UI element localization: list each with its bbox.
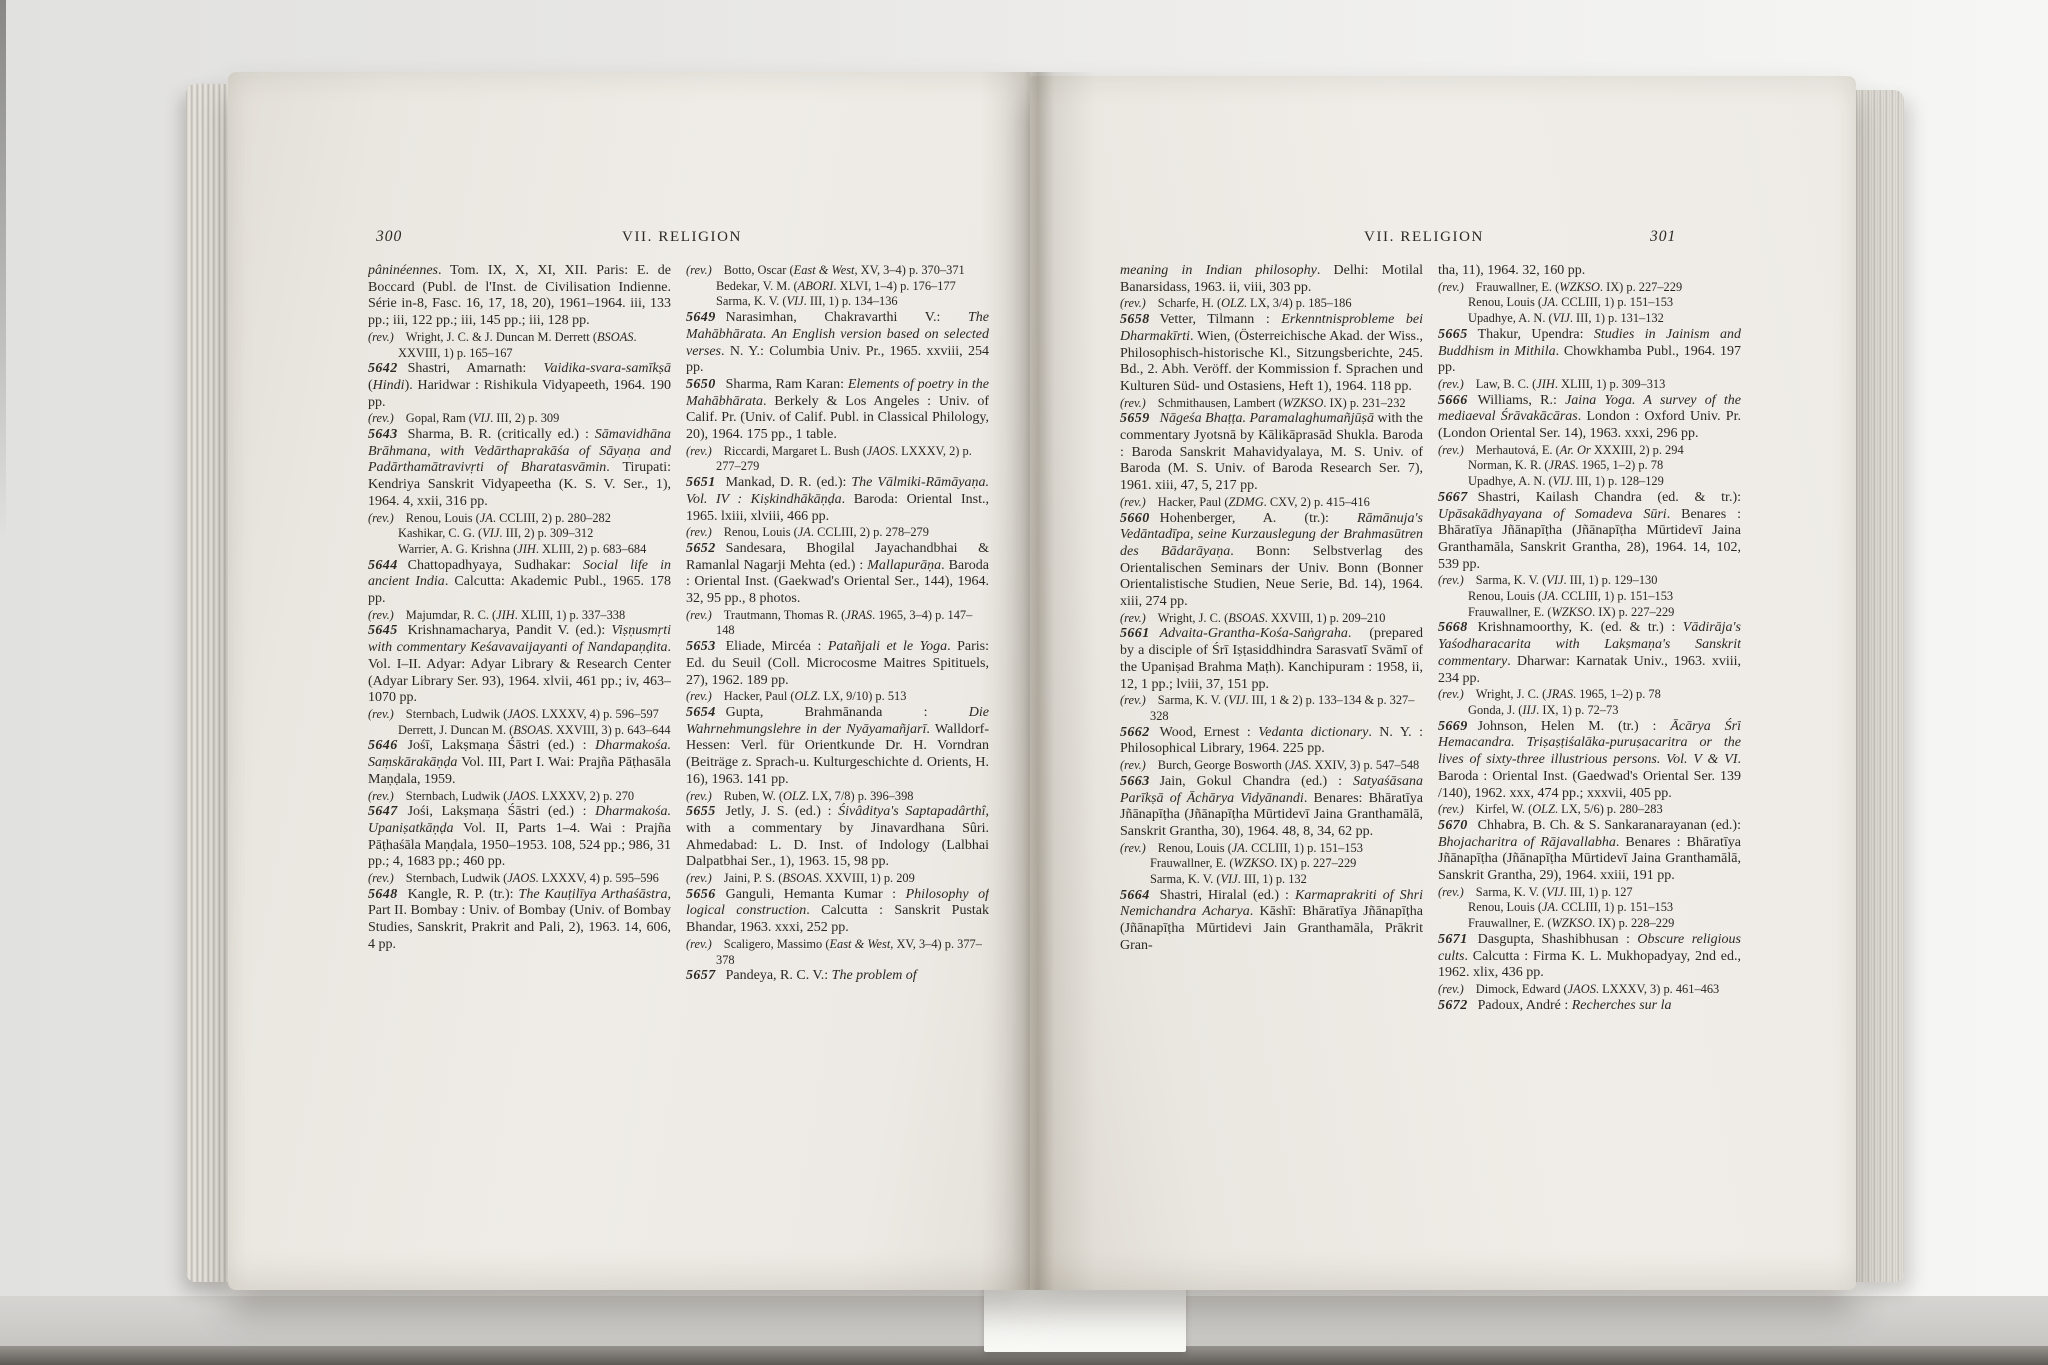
bib-entry-5665: 5665Thakur, Upendra: Studies in Jainism … (1438, 327, 1741, 377)
body-text: Wright, J. C. ( (1158, 611, 1228, 625)
review-line: (rev.)Sternbach, Ludwik (JAOS. LXXXV, 2)… (368, 789, 671, 805)
bib-entry-5656: 5656Ganguli, Hemanta Kumar : Philosophy … (686, 887, 989, 937)
body-text: . III, 1) p. 132 (1238, 872, 1307, 886)
body-text: Derrett, J. Duncan M. ( (398, 723, 513, 737)
title-italic-text: Ar. Or (1560, 443, 1591, 457)
body-text: Renou, Louis ( (406, 511, 480, 525)
body-text: Burch, George Bosworth ( (1158, 758, 1289, 772)
review-line: (rev.)Sarma, K. V. (VIJ. III, 1) p. 127 (1438, 885, 1741, 901)
review-line: Derrett, J. Duncan M. (BSOAS. XXVIII, 3)… (368, 723, 671, 739)
title-italic-text: Nāgeśa Bhaṭṭa. Paramalaghumañjūṣā (1160, 411, 1374, 426)
body-text: Wright, J. C. ( (1476, 687, 1546, 701)
title-italic-text: meaning in Indian philosophy (1120, 263, 1317, 278)
title-italic-text: WZKSO (1283, 396, 1324, 410)
body-text: . LXXXV, 4) p. 596–597 (536, 707, 659, 721)
entry-number: 5644 (368, 558, 398, 573)
review-line: Norman, K. R. (JRAS. 1965, 1–2) p. 78 (1438, 458, 1741, 474)
body-text: . CCLIII, 1) p. 151–153 (1245, 841, 1363, 855)
body-text: Wood, Ernest : (1160, 725, 1259, 740)
bib-entry-5664: 5664Shastri, Hiralal (ed.) : Karmaprakri… (1120, 888, 1423, 955)
body-text: ). Haridwar : Rishikula Vidyapeeth, 1964… (368, 378, 671, 410)
review-line: (rev.)Jaini, P. S. (BSOAS. XXVIII, 1) p.… (686, 871, 989, 887)
review-line: (rev.)Merhautová, E. (Ar. Or XXXIII, 2) … (1438, 443, 1741, 459)
page-stack-right (1854, 90, 1904, 1282)
right-page-column-1: meaning in Indian philosophy. Delhi: Mot… (1120, 263, 1423, 1179)
review-label: (rev.) (686, 871, 712, 885)
body-text: . XXVIII, 1) p. 209 (819, 871, 915, 885)
review-label: (rev.) (1120, 758, 1146, 772)
entry-number: 5653 (686, 639, 716, 654)
body-text: . XLIII, 1) p. 337–338 (515, 608, 625, 622)
bib-entry-5648: 5648Kangle, R. P. (tr.): The Kauṭilīya A… (368, 887, 671, 954)
entry-number: 5650 (686, 377, 716, 392)
title-italic-text: Advaita-Grantha-Kośa-Saṅgraha (1160, 626, 1348, 641)
body-text: Jośī, Lakṣmaṇa Śāstri (ed.) : (408, 738, 596, 753)
review-label: (rev.) (1438, 802, 1464, 816)
entry-number: 5642 (368, 361, 398, 376)
bib-entry-5661: 5661Advaita-Grantha-Kośa-Saṅgraha. (prep… (1120, 626, 1423, 693)
review-line: Bedekar, V. M. (ABORI. XLVI, 1–4) p. 176… (686, 279, 989, 295)
entry-number: 5646 (368, 738, 398, 753)
body-text: Dasgupta, Shashibhusan : (1478, 932, 1638, 947)
review-line: Sarma, K. V. (VIJ. III, 1) p. 132 (1120, 872, 1423, 888)
body-text: . CCLIII, 1) p. 151–153 (1555, 589, 1673, 603)
bib-entry-5668: 5668Krishnamoorthy, K. (ed. & tr.) : Vād… (1438, 620, 1741, 687)
review-line: Upadhye, A. N. (VIJ. III, 1) p. 131–132 (1438, 311, 1741, 327)
body-text: . N. Y.: Columbia Univ. Pr., 1965. xxvii… (686, 344, 989, 376)
title-italic-text: JAOS (507, 871, 535, 885)
entry-number: 5656 (686, 887, 716, 902)
body-text: Frauwallner, E. ( (1468, 916, 1551, 930)
entry-number: 5652 (686, 541, 716, 556)
review-line: (rev.)Riccardi, Margaret L. Bush (JAOS. … (686, 444, 989, 475)
review-label: (rev.) (368, 871, 394, 885)
entry-number: 5657 (686, 968, 716, 983)
body-text: . III, 1) p. 131–132 (1570, 311, 1664, 325)
bib-entry-5643: 5643Sharma, B. R. (critically ed.) : Sām… (368, 427, 671, 511)
entry-number: 5669 (1438, 719, 1468, 734)
body-text: Riccardi, Margaret L. Bush ( (724, 444, 867, 458)
review-line: (rev.)Trautmann, Thomas R. (JRAS. 1965, … (686, 608, 989, 639)
entry-number: 5671 (1438, 932, 1468, 947)
title-italic-text: JA (798, 525, 811, 539)
body-text: Shastri, Kailash Chandra (ed. & tr.): (1478, 490, 1741, 505)
bib-entry-5663: 5663Jain, Gokul Chandra (ed.) : Satyaśās… (1120, 774, 1423, 841)
entry-number: 5643 (368, 427, 398, 442)
title-italic-text: JIH (517, 542, 536, 556)
body-text: Renou, Louis ( (724, 525, 798, 539)
body-text: Jośi, Lakṣmaṇa Śāstri (ed.) : (408, 804, 596, 819)
title-italic-text: Upāsakādhyayana of Somadeva Sūri (1438, 507, 1667, 522)
body-text: . XLIII, 2) p. 683–684 (536, 542, 646, 556)
body-text: Majumdar, R. C. ( (406, 608, 496, 622)
body-text: Sarma, K. V. ( (1476, 573, 1546, 587)
body-text: Kirfel, W. ( (1476, 802, 1532, 816)
bib-entry-5671: 5671Dasgupta, Shashibhusan : Obscure rel… (1438, 932, 1741, 982)
bib-entry-5669: 5669Johnson, Helen M. (tr.) : Ācārya Śrī… (1438, 719, 1741, 803)
bib-entry-5666: 5666Williams, R.: Jaina Yoga. A survey o… (1438, 393, 1741, 443)
body-text: . IX) p. 231–232 (1323, 396, 1405, 410)
running-head-left: VII. RELIGION (622, 229, 742, 246)
title-italic-text: East & West (794, 263, 855, 277)
title-italic-text: JRAS (1549, 458, 1576, 472)
title-italic-text: The problem of (832, 968, 917, 983)
body-text: Norman, K. R. ( (1468, 458, 1549, 472)
body-text: . CCLIII, 2) p. 278–279 (811, 525, 929, 539)
body-text: Upadhye, A. N. ( (1468, 474, 1553, 488)
bib-entry-5646: 5646Jośī, Lakṣmaṇa Śāstri (ed.) : Dharma… (368, 738, 671, 788)
title-italic-text: VIJ (1546, 573, 1563, 587)
review-label: (rev.) (1120, 296, 1146, 310)
bib-entry-5655: 5655Jetly, J. S. (ed.) : Śivâditya's Sap… (686, 804, 989, 871)
title-italic-text: WZKSO (1551, 605, 1592, 619)
title-italic-text: ABORI (798, 279, 834, 293)
title-italic-text: JA (480, 511, 493, 525)
review-line: (rev.)Gopal, Ram (VIJ. III, 2) p. 309 (368, 411, 671, 427)
bib-entry-5651: 5651Mankad, D. R. (ed.): The Vālmiki-Rām… (686, 475, 989, 525)
body-text: Renou, Louis ( (1468, 900, 1542, 914)
review-line: (rev.)Wright, J. C. & J. Duncan M. Derre… (368, 330, 671, 361)
page-stack-left (186, 84, 232, 1282)
review-line: (rev.)Renou, Louis (JA. CCLIII, 2) p. 27… (686, 525, 989, 541)
entry-number: 5662 (1120, 725, 1150, 740)
title-italic-text: JA (1232, 841, 1245, 855)
body-text: Krishnamacharya, Pandit V. (ed.): (408, 623, 612, 638)
body-text: Krishnamoorthy, K. (ed. & tr.) : (1478, 620, 1683, 635)
left-page-column-2: (rev.)Botto, Oscar (East & West, XV, 3–4… (686, 263, 989, 1179)
title-italic-text: JA (1542, 589, 1555, 603)
review-label: (rev.) (686, 937, 712, 951)
continued-text: meaning in Indian philosophy. Delhi: Mot… (1120, 263, 1423, 296)
body-text: XXXIII, 2) p. 294 (1591, 443, 1684, 457)
body-text: Law, B. C. ( (1476, 377, 1536, 391)
bib-entry-5672: 5672Padoux, André : Recherches sur la (1438, 998, 1741, 1015)
entry-number: 5670 (1438, 818, 1468, 833)
body-text: , XV, 3–4) p. 370–371 (854, 263, 964, 277)
body-text: Trautmann, Thomas R. ( (724, 608, 846, 622)
review-line: (rev.)Hacker, Paul (OLZ. LX, 9/10) p. 51… (686, 689, 989, 705)
review-label: (rev.) (686, 689, 712, 703)
review-label: (rev.) (1438, 573, 1464, 587)
title-italic-text: VIJ (1553, 474, 1570, 488)
body-text: Shastri, Hiralal (ed.) : (1160, 888, 1295, 903)
review-line: (rev.)Renou, Louis (JA. CCLIII, 2) p. 28… (368, 511, 671, 527)
title-italic-text: Recherches sur la (1572, 998, 1672, 1013)
title-italic-text: WZKSO (1233, 856, 1274, 870)
body-text: Gupta, Brahmānanda : (726, 705, 969, 720)
body-text: . 1965, 1–2) p. 78 (1573, 687, 1661, 701)
review-label: (rev.) (1438, 982, 1464, 996)
body-text: Dimock, Edward ( (1476, 982, 1568, 996)
entry-number: 5659 (1120, 411, 1150, 426)
body-text: Scaligero, Massimo ( (724, 937, 830, 951)
title-italic-text: JA (1542, 295, 1555, 309)
title-italic-text: OLZ (1532, 802, 1555, 816)
body-text: . LX, 3/4) p. 185–186 (1244, 296, 1352, 310)
title-italic-text: IIJ (1522, 703, 1536, 717)
body-text: Hacker, Paul ( (724, 689, 795, 703)
review-label: (rev.) (1438, 885, 1464, 899)
title-italic-text: Mallapurāṇa (867, 558, 941, 573)
body-text: . 1965, 1–2) p. 78 (1575, 458, 1663, 472)
title-italic-text: ZDMG (1229, 495, 1264, 509)
title-italic-text: JAOS (507, 707, 535, 721)
entry-number: 5651 (686, 475, 716, 490)
review-line: (rev.)Ruben, W. (OLZ. LX, 7/8) p. 396–39… (686, 789, 989, 805)
body-text: . III, 1) p. 134–136 (804, 294, 898, 308)
review-line: (rev.)Wright, J. C. (BSOAS. XXVIII, 1) p… (1120, 611, 1423, 627)
title-italic-text: JAS (1289, 758, 1308, 772)
title-italic-text: Vedanta dictionary (1258, 725, 1368, 740)
body-text: Ganguli, Hemanta Kumar : (726, 887, 906, 902)
body-text: . LXXXV, 3) p. 461–463 (1596, 982, 1719, 996)
entry-number: 5648 (368, 887, 398, 902)
review-line: Frauwallner, E. (WZKSO. IX) p. 227–229 (1438, 605, 1741, 621)
title-italic-text: JRAS (845, 608, 872, 622)
body-text: . IX) p. 227–229 (1592, 605, 1674, 619)
entry-number: 5665 (1438, 327, 1468, 342)
review-label: (rev.) (1120, 396, 1146, 410)
title-italic-text: VIJ (1220, 872, 1237, 886)
review-label: (rev.) (1438, 687, 1464, 701)
body-text: . XLVI, 1–4) p. 176–177 (833, 279, 955, 293)
bib-entry-5657: 5657Pandeya, R. C. V.: The problem of (686, 968, 989, 985)
body-text: . III, 1) p. 127 (1563, 885, 1632, 899)
review-label: (rev.) (368, 789, 394, 803)
body-text: . III, 2) p. 309–312 (499, 526, 593, 540)
bib-entry-5649: 5649Narasimhan, Chakravarthi V.: The Mah… (686, 310, 989, 377)
title-italic-text: BSOAS (1228, 611, 1264, 625)
body-text: . LX, 9/10) p. 513 (817, 689, 906, 703)
body-text: Chhabra, B. Ch. & S. Sankaranarayanan (e… (1478, 818, 1741, 833)
title-italic-text: Hindi (373, 378, 405, 393)
body-text: Jaini, P. S. ( (724, 871, 783, 885)
review-label: (rev.) (1120, 841, 1146, 855)
review-label: (rev.) (686, 444, 712, 458)
body-text: . XXVIII, 3) p. 643–644 (550, 723, 671, 737)
body-text: tha, 11), 1964. 32, 160 pp. (1438, 263, 1585, 278)
body-text: . III, 1) p. 129–130 (1563, 573, 1657, 587)
body-text: Narasimhan, Chakravarthi V.: (726, 310, 968, 325)
title-italic-text: JAOS (867, 444, 895, 458)
title-italic-text: OLZ (783, 789, 806, 803)
body-text: Botto, Oscar ( (724, 263, 794, 277)
entry-number: 5663 (1120, 774, 1150, 789)
review-label: (rev.) (686, 525, 712, 539)
bib-entry-5652: 5652Sandesara, Bhogilal Jayachandbhai & … (686, 541, 989, 608)
title-italic-text: Bhojacharitra of Rājavallabha (1438, 835, 1616, 850)
book-photo-scene: 300 VII. RELIGION VII. RELIGION 301 pâni… (0, 0, 2048, 1365)
body-text: . XLIII, 1) p. 309–313 (1555, 377, 1665, 391)
right-page-column-2: tha, 11), 1964. 32, 160 pp.(rev.)Frauwal… (1438, 263, 1741, 1179)
title-italic-text: VIJ (1553, 311, 1570, 325)
body-text: Scharfe, H. ( (1158, 296, 1221, 310)
body-text: Frauwallner, E. ( (1476, 280, 1559, 294)
continued-text: tha, 11), 1964. 32, 160 pp. (1438, 263, 1741, 280)
title-italic-text: pâninéennes (368, 263, 438, 278)
page-number-left: 300 (376, 228, 402, 246)
left-page-column-1: pâninéennes. Tom. IX, X, XI, XII. Paris:… (368, 263, 671, 1179)
review-line: (rev.)Hacker, Paul (ZDMG. CXV, 2) p. 415… (1120, 495, 1423, 511)
title-italic-text: JAOS (1568, 982, 1596, 996)
entry-number: 5660 (1120, 511, 1150, 526)
review-label: (rev.) (368, 330, 394, 344)
title-italic-text: OLZ (795, 689, 818, 703)
title-italic-text: JIH (1536, 377, 1555, 391)
title-italic-text: VIJ (473, 411, 490, 425)
body-text: Sarma, K. V. ( (1158, 693, 1228, 707)
review-line: (rev.)Burch, George Bosworth (JAS. XXIV,… (1120, 758, 1423, 774)
body-text: Frauwallner, E. ( (1468, 605, 1551, 619)
entry-number: 5661 (1120, 626, 1150, 641)
review-label: (rev.) (368, 411, 394, 425)
review-line: (rev.)Frauwallner, E. (WZKSO. IX) p. 227… (1438, 280, 1741, 296)
body-text: Thakur, Upendra: (1478, 327, 1594, 342)
review-label: (rev.) (1438, 443, 1464, 457)
body-text: Sarma, K. V. ( (1150, 872, 1220, 886)
entry-number: 5666 (1438, 393, 1468, 408)
body-text: . IX, 1) p. 72–73 (1536, 703, 1618, 717)
entry-number: 5645 (368, 623, 398, 638)
title-italic-text: BSOAS (513, 723, 549, 737)
review-line: (rev.)Wright, J. C. (JRAS. 1965, 1–2) p.… (1438, 687, 1741, 703)
review-line: Frauwallner, E. (WZKSO. IX) p. 227–229 (1120, 856, 1423, 872)
body-text: Sharma, B. R. (critically ed.) : (408, 427, 595, 442)
body-text: Renou, Louis ( (1468, 589, 1542, 603)
review-label: (rev.) (686, 263, 712, 277)
body-text: . III, 2) p. 309 (490, 411, 559, 425)
page-number-right: 301 (1650, 228, 1676, 246)
body-text: Sternbach, Ludwik ( (406, 707, 508, 721)
review-line: (rev.)Botto, Oscar (East & West, XV, 3–4… (686, 263, 989, 279)
title-italic-text: WZKSO (1551, 916, 1592, 930)
body-text: Sarma, K. V. ( (716, 294, 786, 308)
body-text: Warrier, A. G. Krishna ( (398, 542, 517, 556)
body-text: Renou, Louis ( (1158, 841, 1232, 855)
title-italic-text: Patañjali et le Yoga (828, 639, 947, 654)
title-italic-text: Śivâditya's Saptapadârthî (838, 804, 985, 819)
bib-entry-5667: 5667Shastri, Kailash Chandra (ed. & tr.)… (1438, 490, 1741, 574)
review-line: (rev.)Sternbach, Ludwik (JAOS. LXXXV, 4)… (368, 871, 671, 887)
body-text: . IX) p. 228–229 (1592, 916, 1674, 930)
body-text: Sternbach, Ludwik ( (406, 871, 508, 885)
review-label: (rev.) (368, 707, 394, 721)
title-italic-text: JAOS (507, 789, 535, 803)
entry-number: 5668 (1438, 620, 1468, 635)
bib-entry-5670: 5670Chhabra, B. Ch. & S. Sankaranarayana… (1438, 818, 1741, 885)
review-label: (rev.) (1120, 495, 1146, 509)
review-line: (rev.)Majumdar, R. C. (JIH. XLIII, 1) p.… (368, 608, 671, 624)
body-text: Kangle, R. P. (tr.): (408, 887, 519, 902)
bib-entry-5662: 5662Wood, Ernest : Vedanta dictionary. N… (1120, 725, 1423, 758)
review-line: Warrier, A. G. Krishna (JIH. XLIII, 2) p… (368, 542, 671, 558)
review-line: (rev.)Scharfe, H. (OLZ. LX, 3/4) p. 185–… (1120, 296, 1423, 312)
review-label: (rev.) (368, 608, 394, 622)
body-text: Ruben, W. ( (724, 789, 783, 803)
review-label: (rev.) (1120, 611, 1146, 625)
review-label: (rev.) (686, 608, 712, 622)
body-text: . IX) p. 227–229 (1274, 856, 1356, 870)
body-text: . LXXXV, 2) p. 270 (536, 789, 635, 803)
review-line: (rev.)Renou, Louis (JA. CCLIII, 1) p. 15… (1120, 841, 1423, 857)
body-text: . LXXXV, 4) p. 595–596 (536, 871, 659, 885)
title-italic-text: VIJ (1228, 693, 1245, 707)
review-label: (rev.) (368, 511, 394, 525)
entry-number: 5654 (686, 705, 716, 720)
title-italic-text: VIJ (482, 526, 499, 540)
body-text: . III, 1) p. 128–129 (1570, 474, 1664, 488)
body-text: . Calcutta : Firma K. L. Mukhopadyay, 2n… (1438, 949, 1741, 981)
body-text: Shastri, Amarnath: (408, 361, 544, 376)
body-text: Merhautová, E. ( (1476, 443, 1560, 457)
title-italic-text: BSOAS (597, 330, 633, 344)
body-text: Mankad, D. R. (ed.): (726, 475, 852, 490)
body-text: Gonda, J. ( (1468, 703, 1522, 717)
bib-entry-5642: 5642Shastri, Amarnath: Vaidika-svara-sam… (368, 361, 671, 411)
body-text: Johnson, Helen M. (tr.) : (1478, 719, 1671, 734)
body-text: Frauwallner, E. ( (1150, 856, 1233, 870)
review-label: (rev.) (1120, 693, 1146, 707)
title-italic-text: JA (1542, 900, 1555, 914)
body-text: Sarma, K. V. ( (1476, 885, 1546, 899)
entry-number: 5658 (1120, 312, 1150, 327)
body-text: Sharma, Ram Karan: (726, 377, 848, 392)
entry-number: 5647 (368, 804, 398, 819)
review-line: Renou, Louis (JA. CCLIII, 1) p. 151–153 (1438, 295, 1741, 311)
entry-number: 5664 (1120, 888, 1150, 903)
title-italic-text: OLZ (1221, 296, 1244, 310)
title-italic-text: VIJ (786, 294, 803, 308)
body-text: . LX, 5/6) p. 280–283 (1555, 802, 1663, 816)
title-italic-text: VIJ (1546, 885, 1563, 899)
body-text: . IX) p. 227–229 (1600, 280, 1682, 294)
title-italic-text: JRAS (1546, 687, 1573, 701)
review-line: (rev.)Sarma, K. V. (VIJ. III, 1) p. 129–… (1438, 573, 1741, 589)
title-italic-text: BSOAS (782, 871, 818, 885)
review-line: (rev.)Kirfel, W. (OLZ. LX, 5/6) p. 280–2… (1438, 802, 1741, 818)
review-line: (rev.)Scaligero, Massimo (East & West, X… (686, 937, 989, 968)
body-text: . CCLIII, 1) p. 151–153 (1555, 295, 1673, 309)
body-text: Padoux, André : (1478, 998, 1572, 1013)
body-text: Wright, J. C. & J. Duncan M. Derrett ( (406, 330, 597, 344)
review-line: (rev.)Sarma, K. V. (VIJ. III, 1 & 2) p. … (1120, 693, 1423, 724)
running-head-right: VII. RELIGION (1364, 229, 1484, 246)
review-line: Frauwallner, E. (WZKSO. IX) p. 228–229 (1438, 916, 1741, 932)
title-italic-text: WZKSO (1559, 280, 1600, 294)
body-text: . LX, 7/8) p. 396–398 (806, 789, 914, 803)
bib-entry-5658: 5658Vetter, Tilmann : Erkenntnisprobleme… (1120, 312, 1423, 396)
body-text: Eliade, Mircéa : (726, 639, 828, 654)
bib-entry-5650: 5650Sharma, Ram Karan: Elements of poetr… (686, 377, 989, 444)
body-text: Hohenberger, A. (tr.): (1160, 511, 1357, 526)
body-text: Sternbach, Ludwik ( (406, 789, 508, 803)
body-text: Upadhye, A. N. ( (1468, 311, 1553, 325)
bib-entry-5659: 5659Nāgeśa Bhaṭṭa. Paramalaghumañjūṣā wi… (1120, 411, 1423, 495)
entry-number: 5667 (1438, 490, 1468, 505)
body-text: Schmithausen, Lambert ( (1158, 396, 1283, 410)
bib-entry-5644: 5644Chattopadhyaya, Sudhakar: Social lif… (368, 558, 671, 608)
body-text: Vetter, Tilmann : (1160, 312, 1282, 327)
review-line: Sarma, K. V. (VIJ. III, 1) p. 134–136 (686, 294, 989, 310)
review-line: Kashikar, C. G. (VIJ. III, 2) p. 309–312 (368, 526, 671, 542)
body-text: Gopal, Ram ( (406, 411, 473, 425)
bib-entry-5660: 5660Hohenberger, A. (tr.): Rāmānuja's Ve… (1120, 511, 1423, 611)
photo-left-edge (0, 0, 6, 540)
review-line: (rev.)Sternbach, Ludwik (JAOS. LXXXV, 4)… (368, 707, 671, 723)
entry-number: 5672 (1438, 998, 1468, 1013)
body-text: . XXIV, 3) p. 547–548 (1308, 758, 1419, 772)
body-text: Williams, R.: (1478, 393, 1565, 408)
